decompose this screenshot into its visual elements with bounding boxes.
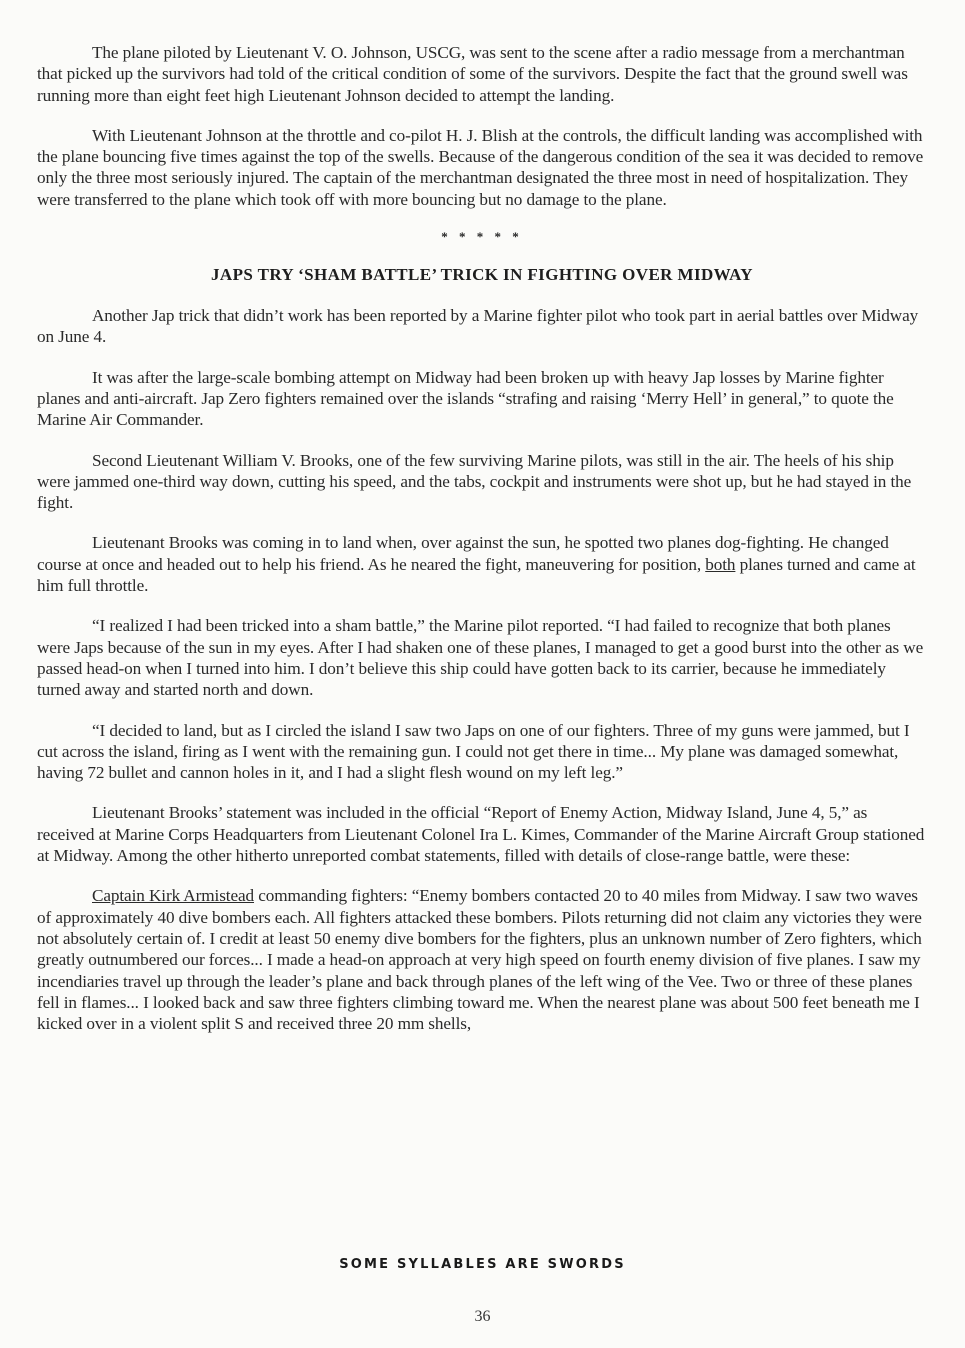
footer-title: SOME SYLLABLES ARE SWORDS bbox=[0, 1257, 965, 1272]
armistead-text: commanding fighters: “Enemy bombers cont… bbox=[37, 886, 922, 1033]
underlined-captain-name: Captain Kirk Armistead bbox=[92, 886, 254, 905]
paragraph-rescue-landing: With Lieutenant Johnson at the throttle … bbox=[37, 125, 927, 210]
paragraph-official-report: Lieutenant Brooks’ statement was include… bbox=[37, 802, 927, 866]
paragraph-brooks-dogfight: Lieutenant Brooks was coming in to land … bbox=[37, 532, 927, 596]
page-number: 36 bbox=[0, 1308, 965, 1326]
section-separator: * * * * * bbox=[37, 229, 927, 245]
paragraph-landing-quote: “I decided to land, but as I circled the… bbox=[37, 720, 927, 784]
paragraph-article-intro: Another Jap trick that didn’t work has b… bbox=[37, 305, 927, 348]
article-headline: JAPS TRY ‘SHAM BATTLE’ TRICK IN FIGHTING… bbox=[37, 265, 927, 285]
paragraph-sham-battle-quote: “I realized I had been tricked into a sh… bbox=[37, 615, 927, 700]
document-page: The plane piloted by Lieutenant V. O. Jo… bbox=[37, 42, 927, 1053]
paragraph-armistead-statement: Captain Kirk Armistead commanding fighte… bbox=[37, 885, 927, 1034]
paragraph-rescue-intro: The plane piloted by Lieutenant V. O. Jo… bbox=[37, 42, 927, 106]
underlined-both: both bbox=[705, 555, 735, 574]
paragraph-brooks-intro: Second Lieutenant William V. Brooks, one… bbox=[37, 450, 927, 514]
paragraph-bombing-attempt: It was after the large-scale bombing att… bbox=[37, 367, 927, 431]
